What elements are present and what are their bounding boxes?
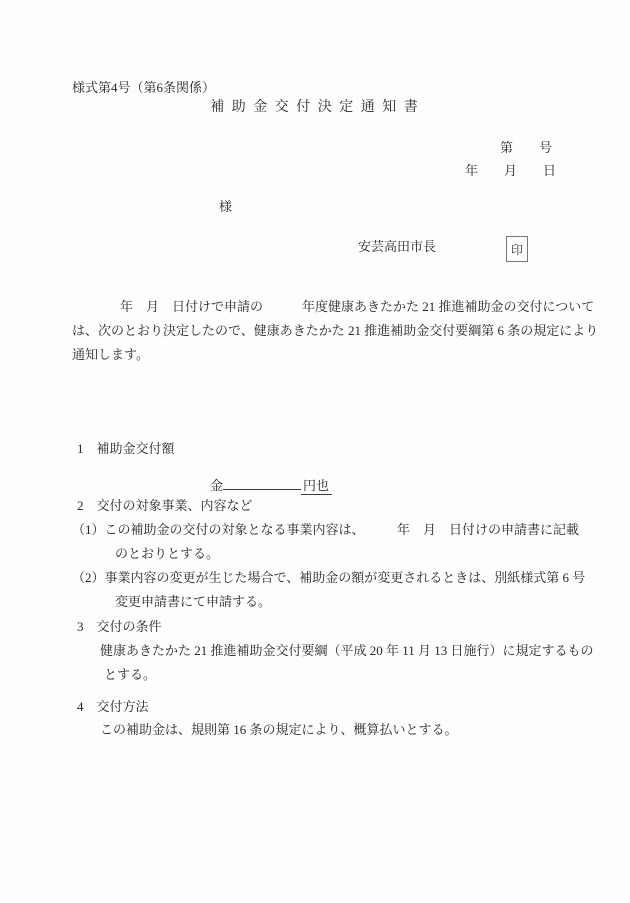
amount-prefix: 金 bbox=[210, 478, 223, 493]
section-1-heading: 1 補助金交付額 bbox=[77, 441, 175, 457]
seal-label: 印 bbox=[511, 241, 523, 258]
amount-blank-underline bbox=[223, 476, 301, 490]
intro-paragraph-line-2: は、次のとおり決定したので、健康あきたかた 21 推進補助金交付要綱第 6 条の… bbox=[72, 323, 598, 339]
section-3-heading: 3 交付の条件 bbox=[77, 619, 162, 635]
document-page: 様式第4号（第6条関係） 補 助 金 交 付 決 定 通 知 書 第 号 年 月… bbox=[0, 0, 630, 903]
sender-title: 安芸高田市長 bbox=[358, 239, 436, 255]
section-4-body: この補助金は、規則第 16 条の規定により、概算払いとする。 bbox=[100, 722, 458, 738]
section-2-item-2-line-2: 変更申請書にて申請する。 bbox=[115, 594, 271, 610]
section-2-item-1-line-1: （1）この補助金の交付の対象となる事業内容は、 年 月 日付けの申請書に記載 bbox=[72, 522, 579, 538]
seal-stamp: 印 bbox=[506, 236, 528, 262]
date-line: 年 月 日 bbox=[465, 163, 556, 179]
section-2-heading: 2 交付の対象事業、内容など bbox=[77, 498, 253, 514]
document-title: 補 助 金 交 付 決 定 通 知 書 bbox=[0, 100, 630, 116]
amount-suffix: 円也 bbox=[301, 478, 332, 495]
document-number-line: 第 号 bbox=[500, 140, 552, 156]
intro-paragraph-line-1: 年 月 日付けで申請の 年度健康あきたかた 21 推進補助金の交付について bbox=[120, 299, 594, 315]
addressee-honorific: 様 bbox=[219, 199, 232, 215]
section-4-heading: 4 交付方法 bbox=[77, 699, 149, 715]
section-3-body-line-2: とする。 bbox=[104, 667, 156, 683]
form-number: 様式第4号（第6条関係） bbox=[72, 80, 215, 96]
section-2-item-2-line-1: （2）事業内容の変更が生じた場合で、補助金の額が変更されるときは、別紙様式第 6… bbox=[72, 570, 585, 586]
intro-paragraph-line-3: 通知します。 bbox=[72, 347, 149, 363]
section-3-body-line-1: 健康あきたかた 21 推進補助金交付要綱（平成 20 年 11 月 13 日施行… bbox=[100, 643, 594, 659]
section-2-item-1-line-2: のとおりとする。 bbox=[115, 546, 219, 562]
